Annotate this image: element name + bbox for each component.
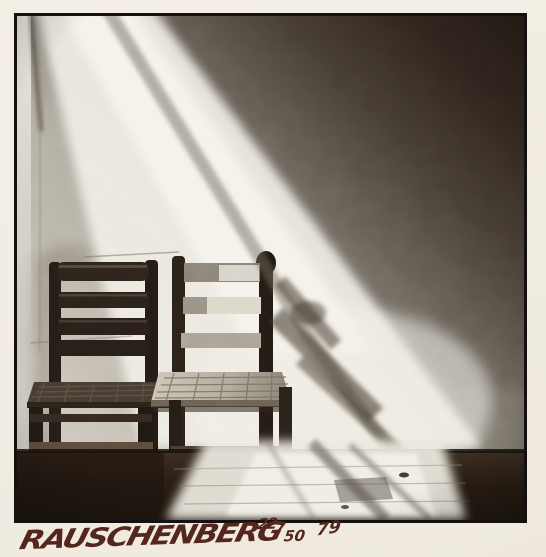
- photo-scene: [14, 13, 527, 523]
- photograph-print: [14, 13, 527, 523]
- signature-name: RAUSCHENBERG: [17, 516, 285, 556]
- signature-year: 79: [316, 517, 342, 541]
- vignette: [14, 13, 527, 523]
- edition-denominator: 50: [283, 527, 306, 546]
